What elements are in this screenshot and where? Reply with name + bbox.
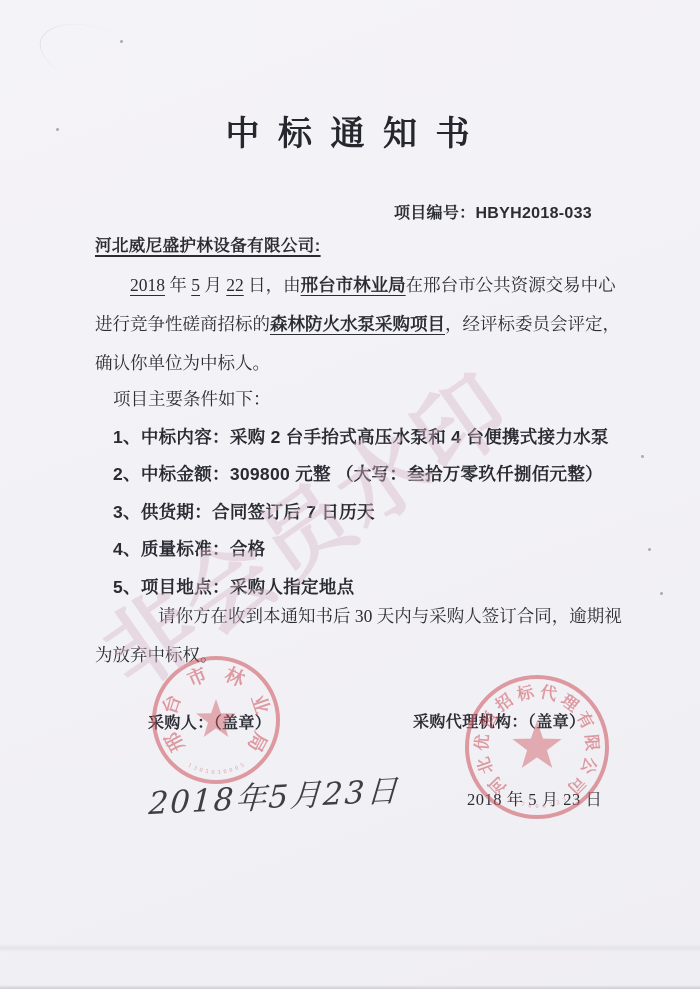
closing-line-2: 为放弃中标权。 — [95, 636, 622, 675]
intro-text: ，经评标委员会评定， — [445, 314, 620, 334]
intro-text: 在邢台市公共资源交易中心 — [406, 275, 616, 295]
condition-item-3: 3、供货期：合同签订后 7 日历天 — [113, 494, 609, 532]
intro-line-2: 进行竞争性磋商招标的森林防火水泵采购项目，经评标委员会评定， — [95, 305, 620, 344]
project-number: 项目编号：HBYH2018-033 — [394, 200, 592, 223]
svg-text:0: 0 — [234, 765, 239, 772]
paper-speck — [648, 548, 651, 551]
intro-text: 年 — [165, 275, 191, 295]
project-name-emphasis: 森林防火水泵采购项目 — [270, 314, 445, 334]
underlined-month: 5 — [191, 275, 200, 295]
intro-line-1: 2018 年 5 月 22 日，由邢台市林业局在邢台市公共资源交易中心 — [95, 266, 620, 305]
scanned-document-page: 中 标 通 知 书 项目编号：HBYH2018-033 河北威尼盛护林设备有限公… — [0, 0, 700, 989]
svg-text:5: 5 — [240, 763, 246, 770]
svg-text:限: 限 — [582, 733, 602, 752]
paper-crease — [0, 944, 700, 952]
condition-item-2: 2、中标金额：309800 元整 （大写：叁拾万零玖仟捌佰元整） — [113, 456, 609, 494]
intro-text: 月 — [200, 275, 226, 295]
svg-text:1: 1 — [187, 763, 193, 770]
purchaser-name-emphasis: 邢台市林业局 — [301, 275, 406, 295]
intro-line-3: 确认你单位为中标人。 — [95, 344, 620, 383]
paper-speck — [641, 455, 644, 458]
document-title: 中 标 通 知 书 — [0, 106, 700, 155]
condition-item-4: 4、质量标准：合格 — [113, 531, 609, 569]
closing-line-1: 请你方在收到本通知书后 30 天内与采购人签订合同，逾期视 — [95, 597, 622, 636]
condition-item-1: 1、中标内容：采购 2 台手抬式高压水泵和 4 台便携式接力水泵 — [113, 419, 609, 457]
conditions-section: 项目主要条件如下： 1、中标内容：采购 2 台手抬式高压水泵和 4 台便携式接力… — [113, 381, 609, 606]
intro-text: 进行竞争性磋商招标的 — [95, 314, 270, 334]
svg-text:优: 优 — [471, 733, 492, 752]
svg-text:公: 公 — [577, 755, 601, 777]
svg-text:北: 北 — [473, 754, 497, 776]
recipient-company: 河北威尼盛护林设备有限公司: — [95, 232, 321, 256]
paper-speck — [660, 592, 663, 595]
svg-text:标: 标 — [514, 681, 536, 704]
handwritten-date: 2018年5月23日 — [148, 765, 401, 823]
paper-speck — [120, 40, 123, 43]
purchaser-seal-label: 采购人：（盖章） — [148, 710, 271, 733]
underlined-day: 22 — [226, 275, 244, 295]
conditions-intro: 项目主要条件如下： — [113, 381, 609, 419]
conditions-list: 1、中标内容：采购 2 台手抬式高压水泵和 4 台便携式接力水泵 2、中标金额：… — [113, 419, 609, 607]
intro-paragraph: 2018 年 5 月 22 日，由邢台市林业局在邢台市公共资源交易中心 进行竞争… — [95, 266, 620, 383]
closing-paragraph: 请你方在收到本通知书后 30 天内与采购人签订合同，逾期视 为放弃中标权。 — [95, 597, 622, 675]
paper-crease — [31, 6, 166, 110]
intro-text: 日，由 — [244, 275, 301, 295]
underlined-year: 2018 — [130, 275, 165, 295]
svg-text:0: 0 — [199, 767, 204, 774]
agency-date: 2018 年 5 月 23 日 — [467, 786, 602, 810]
svg-text:3: 3 — [192, 765, 197, 772]
svg-text:代: 代 — [539, 681, 560, 704]
agency-seal-label: 采购代理机构：（盖章） — [413, 709, 585, 732]
